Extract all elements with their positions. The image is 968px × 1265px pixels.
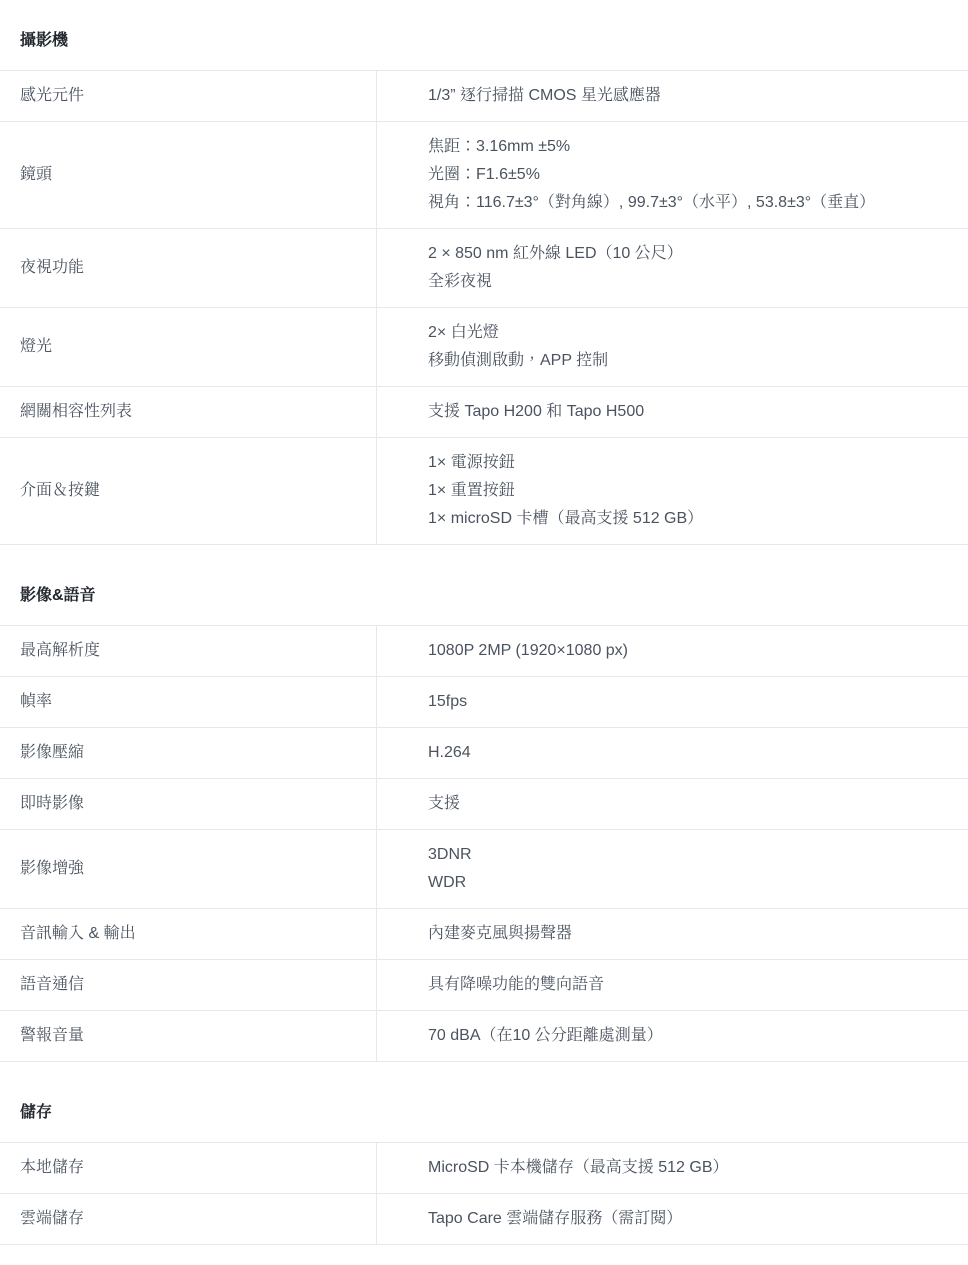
section-title: 儲存 bbox=[0, 1062, 968, 1142]
spec-value: Tapo Care 雲端儲存服務（需訂閱） bbox=[377, 1194, 968, 1244]
spec-value-line: MicroSD 卡本機儲存（最高支援 512 GB） bbox=[428, 1154, 948, 1182]
spec-value-line: 1/3” 逐行掃描 CMOS 星光感應器 bbox=[428, 82, 948, 110]
spec-label: 燈光 bbox=[0, 308, 377, 386]
spec-value: 1× 電源按鈕1× 重置按鈕1× microSD 卡槽（最高支援 512 GB） bbox=[377, 438, 968, 544]
spec-value-line: 視角：116.7±3°（對角線）, 99.7±3°（水平）, 53.8±3°（垂… bbox=[428, 189, 948, 217]
spec-row: 本地儲存MicroSD 卡本機儲存（最高支援 512 GB） bbox=[0, 1143, 968, 1194]
spec-table: 最高解析度1080P 2MP (1920×1080 px)幀率15fps影像壓縮… bbox=[0, 625, 968, 1062]
spec-row: 影像壓縮H.264 bbox=[0, 728, 968, 779]
spec-value-line: 3DNR bbox=[428, 841, 948, 869]
spec-row: 音訊輸入 & 輸出內建麥克風與揚聲器 bbox=[0, 909, 968, 960]
spec-row: 幀率15fps bbox=[0, 677, 968, 728]
spec-value-line: 1× 重置按鈕 bbox=[428, 477, 948, 505]
spec-value: 支援 bbox=[377, 779, 968, 829]
spec-row: 語音通信具有降噪功能的雙向語音 bbox=[0, 960, 968, 1011]
spec-value-line: 具有降噪功能的雙向語音 bbox=[428, 971, 948, 999]
spec-label: 最高解析度 bbox=[0, 626, 377, 676]
spec-value-line: 1× 電源按鈕 bbox=[428, 449, 948, 477]
spec-value-line: H.264 bbox=[428, 739, 948, 767]
spec-label: 即時影像 bbox=[0, 779, 377, 829]
spec-row: 即時影像支援 bbox=[0, 779, 968, 830]
spec-value-line: 70 dBA（在10 公分距離處測量） bbox=[428, 1022, 948, 1050]
spec-value-line: 2 × 850 nm 紅外線 LED（10 公尺） bbox=[428, 240, 948, 268]
spec-label: 雲端儲存 bbox=[0, 1194, 377, 1244]
spec-value-line: 全彩夜視 bbox=[428, 268, 948, 296]
spec-value-line: 焦距：3.16mm ±5% bbox=[428, 133, 948, 161]
spec-value: 70 dBA（在10 公分距離處測量） bbox=[377, 1011, 968, 1061]
spec-value-line: 1× microSD 卡槽（最高支援 512 GB） bbox=[428, 505, 948, 533]
spec-value: 內建麥克風與揚聲器 bbox=[377, 909, 968, 959]
spec-table: 感光元件1/3” 逐行掃描 CMOS 星光感應器鏡頭焦距：3.16mm ±5%光… bbox=[0, 70, 968, 545]
spec-value: 具有降噪功能的雙向語音 bbox=[377, 960, 968, 1010]
spec-value-line: 內建麥克風與揚聲器 bbox=[428, 920, 948, 948]
spec-row: 感光元件1/3” 逐行掃描 CMOS 星光感應器 bbox=[0, 71, 968, 122]
spec-value-line: 支援 bbox=[428, 790, 948, 818]
spec-value: MicroSD 卡本機儲存（最高支援 512 GB） bbox=[377, 1143, 968, 1193]
spec-value: 2× 白光燈移動偵測啟動，APP 控制 bbox=[377, 308, 968, 386]
spec-label: 警報音量 bbox=[0, 1011, 377, 1061]
spec-row: 最高解析度1080P 2MP (1920×1080 px) bbox=[0, 626, 968, 677]
spec-label: 語音通信 bbox=[0, 960, 377, 1010]
spec-value-line: Tapo Care 雲端儲存服務（需訂閱） bbox=[428, 1205, 948, 1233]
spec-label: 感光元件 bbox=[0, 71, 377, 121]
spec-table: 本地儲存MicroSD 卡本機儲存（最高支援 512 GB）雲端儲存Tapo C… bbox=[0, 1142, 968, 1245]
spec-label: 介面＆按鍵 bbox=[0, 438, 377, 544]
spec-page: 攝影機感光元件1/3” 逐行掃描 CMOS 星光感應器鏡頭焦距：3.16mm ±… bbox=[0, 0, 968, 1265]
spec-row: 鏡頭焦距：3.16mm ±5%光圈：F1.6±5%視角：116.7±3°（對角線… bbox=[0, 122, 968, 229]
spec-value-line: 移動偵測啟動，APP 控制 bbox=[428, 347, 948, 375]
spec-label: 鏡頭 bbox=[0, 122, 377, 228]
spec-value: 支援 Tapo H200 和 Tapo H500 bbox=[377, 387, 968, 437]
spec-value: 3DNRWDR bbox=[377, 830, 968, 908]
section-title: 影像&語音 bbox=[0, 545, 968, 625]
spec-value: H.264 bbox=[377, 728, 968, 778]
spec-label: 本地儲存 bbox=[0, 1143, 377, 1193]
spec-value-line: 支援 Tapo H200 和 Tapo H500 bbox=[428, 398, 948, 426]
spec-label: 影像壓縮 bbox=[0, 728, 377, 778]
spec-value-line: WDR bbox=[428, 869, 948, 897]
spec-value-line: 光圈：F1.6±5% bbox=[428, 161, 948, 189]
spec-label: 夜視功能 bbox=[0, 229, 377, 307]
spec-label: 音訊輸入 & 輸出 bbox=[0, 909, 377, 959]
spec-value: 焦距：3.16mm ±5%光圈：F1.6±5%視角：116.7±3°（對角線）,… bbox=[377, 122, 968, 228]
spec-label: 幀率 bbox=[0, 677, 377, 727]
spec-value: 1/3” 逐行掃描 CMOS 星光感應器 bbox=[377, 71, 968, 121]
spec-section: 儲存本地儲存MicroSD 卡本機儲存（最高支援 512 GB）雲端儲存Tapo… bbox=[0, 1062, 968, 1245]
spec-section: 影像&語音最高解析度1080P 2MP (1920×1080 px)幀率15fp… bbox=[0, 545, 968, 1062]
spec-row: 影像增強3DNRWDR bbox=[0, 830, 968, 909]
spec-row: 網關相容性列表支援 Tapo H200 和 Tapo H500 bbox=[0, 387, 968, 438]
spec-value-line: 15fps bbox=[428, 688, 948, 716]
spec-label: 影像增強 bbox=[0, 830, 377, 908]
spec-label: 網關相容性列表 bbox=[0, 387, 377, 437]
spec-value: 1080P 2MP (1920×1080 px) bbox=[377, 626, 968, 676]
spec-value: 2 × 850 nm 紅外線 LED（10 公尺）全彩夜視 bbox=[377, 229, 968, 307]
spec-value: 15fps bbox=[377, 677, 968, 727]
spec-value-line: 2× 白光燈 bbox=[428, 319, 948, 347]
spec-row: 警報音量70 dBA（在10 公分距離處測量） bbox=[0, 1011, 968, 1062]
spec-value-line: 1080P 2MP (1920×1080 px) bbox=[428, 637, 948, 665]
section-title: 攝影機 bbox=[0, 0, 968, 70]
spec-row: 夜視功能2 × 850 nm 紅外線 LED（10 公尺）全彩夜視 bbox=[0, 229, 968, 308]
spec-row: 燈光2× 白光燈移動偵測啟動，APP 控制 bbox=[0, 308, 968, 387]
spec-row: 雲端儲存Tapo Care 雲端儲存服務（需訂閱） bbox=[0, 1194, 968, 1245]
spec-section: 攝影機感光元件1/3” 逐行掃描 CMOS 星光感應器鏡頭焦距：3.16mm ±… bbox=[0, 0, 968, 545]
spec-row: 介面＆按鍵1× 電源按鈕1× 重置按鈕1× microSD 卡槽（最高支援 51… bbox=[0, 438, 968, 545]
